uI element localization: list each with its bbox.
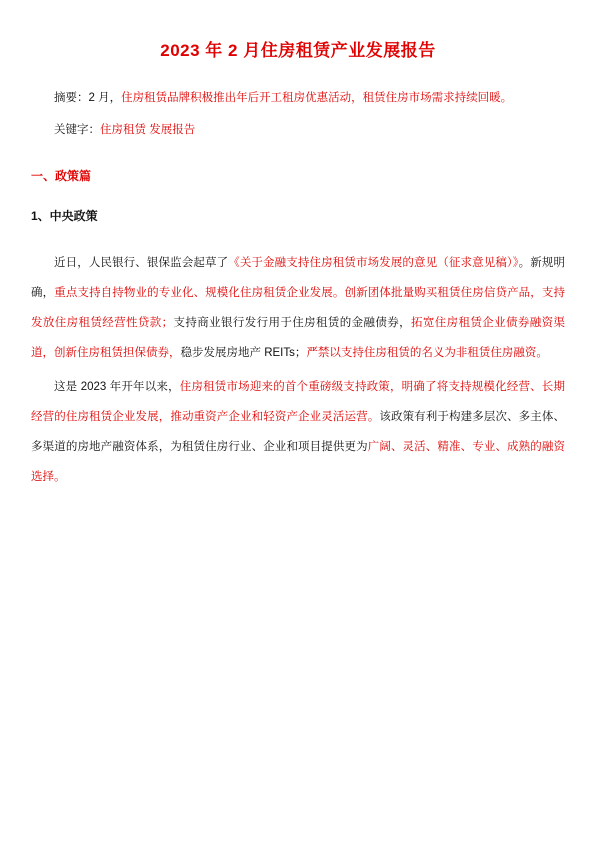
text-segment: 《关于金融支持住房租赁市场发展的意见（征求意见稿）》 [228, 257, 518, 269]
keywords-line: 关键字：住房租赁 发展报告 [31, 122, 565, 138]
text-segment: 这是 2023 年开年以来， [54, 381, 180, 393]
text-segment: 住房租赁 发展报告 [100, 124, 195, 136]
text-segment: 近日，人民银行、银保监会起草了 [54, 257, 228, 269]
text-segment: 关键字： [54, 124, 100, 136]
subsection-heading-central-policy: 1、中央政策 [31, 208, 565, 224]
paragraph-policy-analysis: 这是 2023 年开年以来，住房租赁市场迎来的首个重磅级支持政策，明确了将支持规… [31, 372, 565, 492]
paragraph-policy-detail: 近日，人民银行、银保监会起草了《关于金融支持住房租赁市场发展的意见（征求意见稿）… [31, 248, 565, 368]
text-segment: 严禁以支持住房租赁的名义为非租赁住房融资。 [306, 347, 548, 359]
text-segment: 摘要：2 月， [54, 92, 121, 104]
page-title: 2023 年 2 月住房租赁产业发展报告 [31, 38, 565, 64]
text-segment: 稳步发展房地产 REITs； [181, 347, 307, 359]
document-page: 2023 年 2 月住房租赁产业发展报告 摘要：2 月，住房租赁品牌积极推出年后… [0, 0, 595, 841]
section-heading-policy: 一、政策篇 [31, 168, 565, 184]
text-segment: 住房租赁品牌积极推出年后开工租房优惠活动，租赁住房市场需求持续回暖。 [121, 92, 512, 104]
abstract-line: 摘要：2 月，住房租赁品牌积极推出年后开工租房优惠活动，租赁住房市场需求持续回暖… [31, 90, 565, 106]
text-segment: 支持商业银行发行用于住房租赁的金融债券， [173, 317, 411, 329]
